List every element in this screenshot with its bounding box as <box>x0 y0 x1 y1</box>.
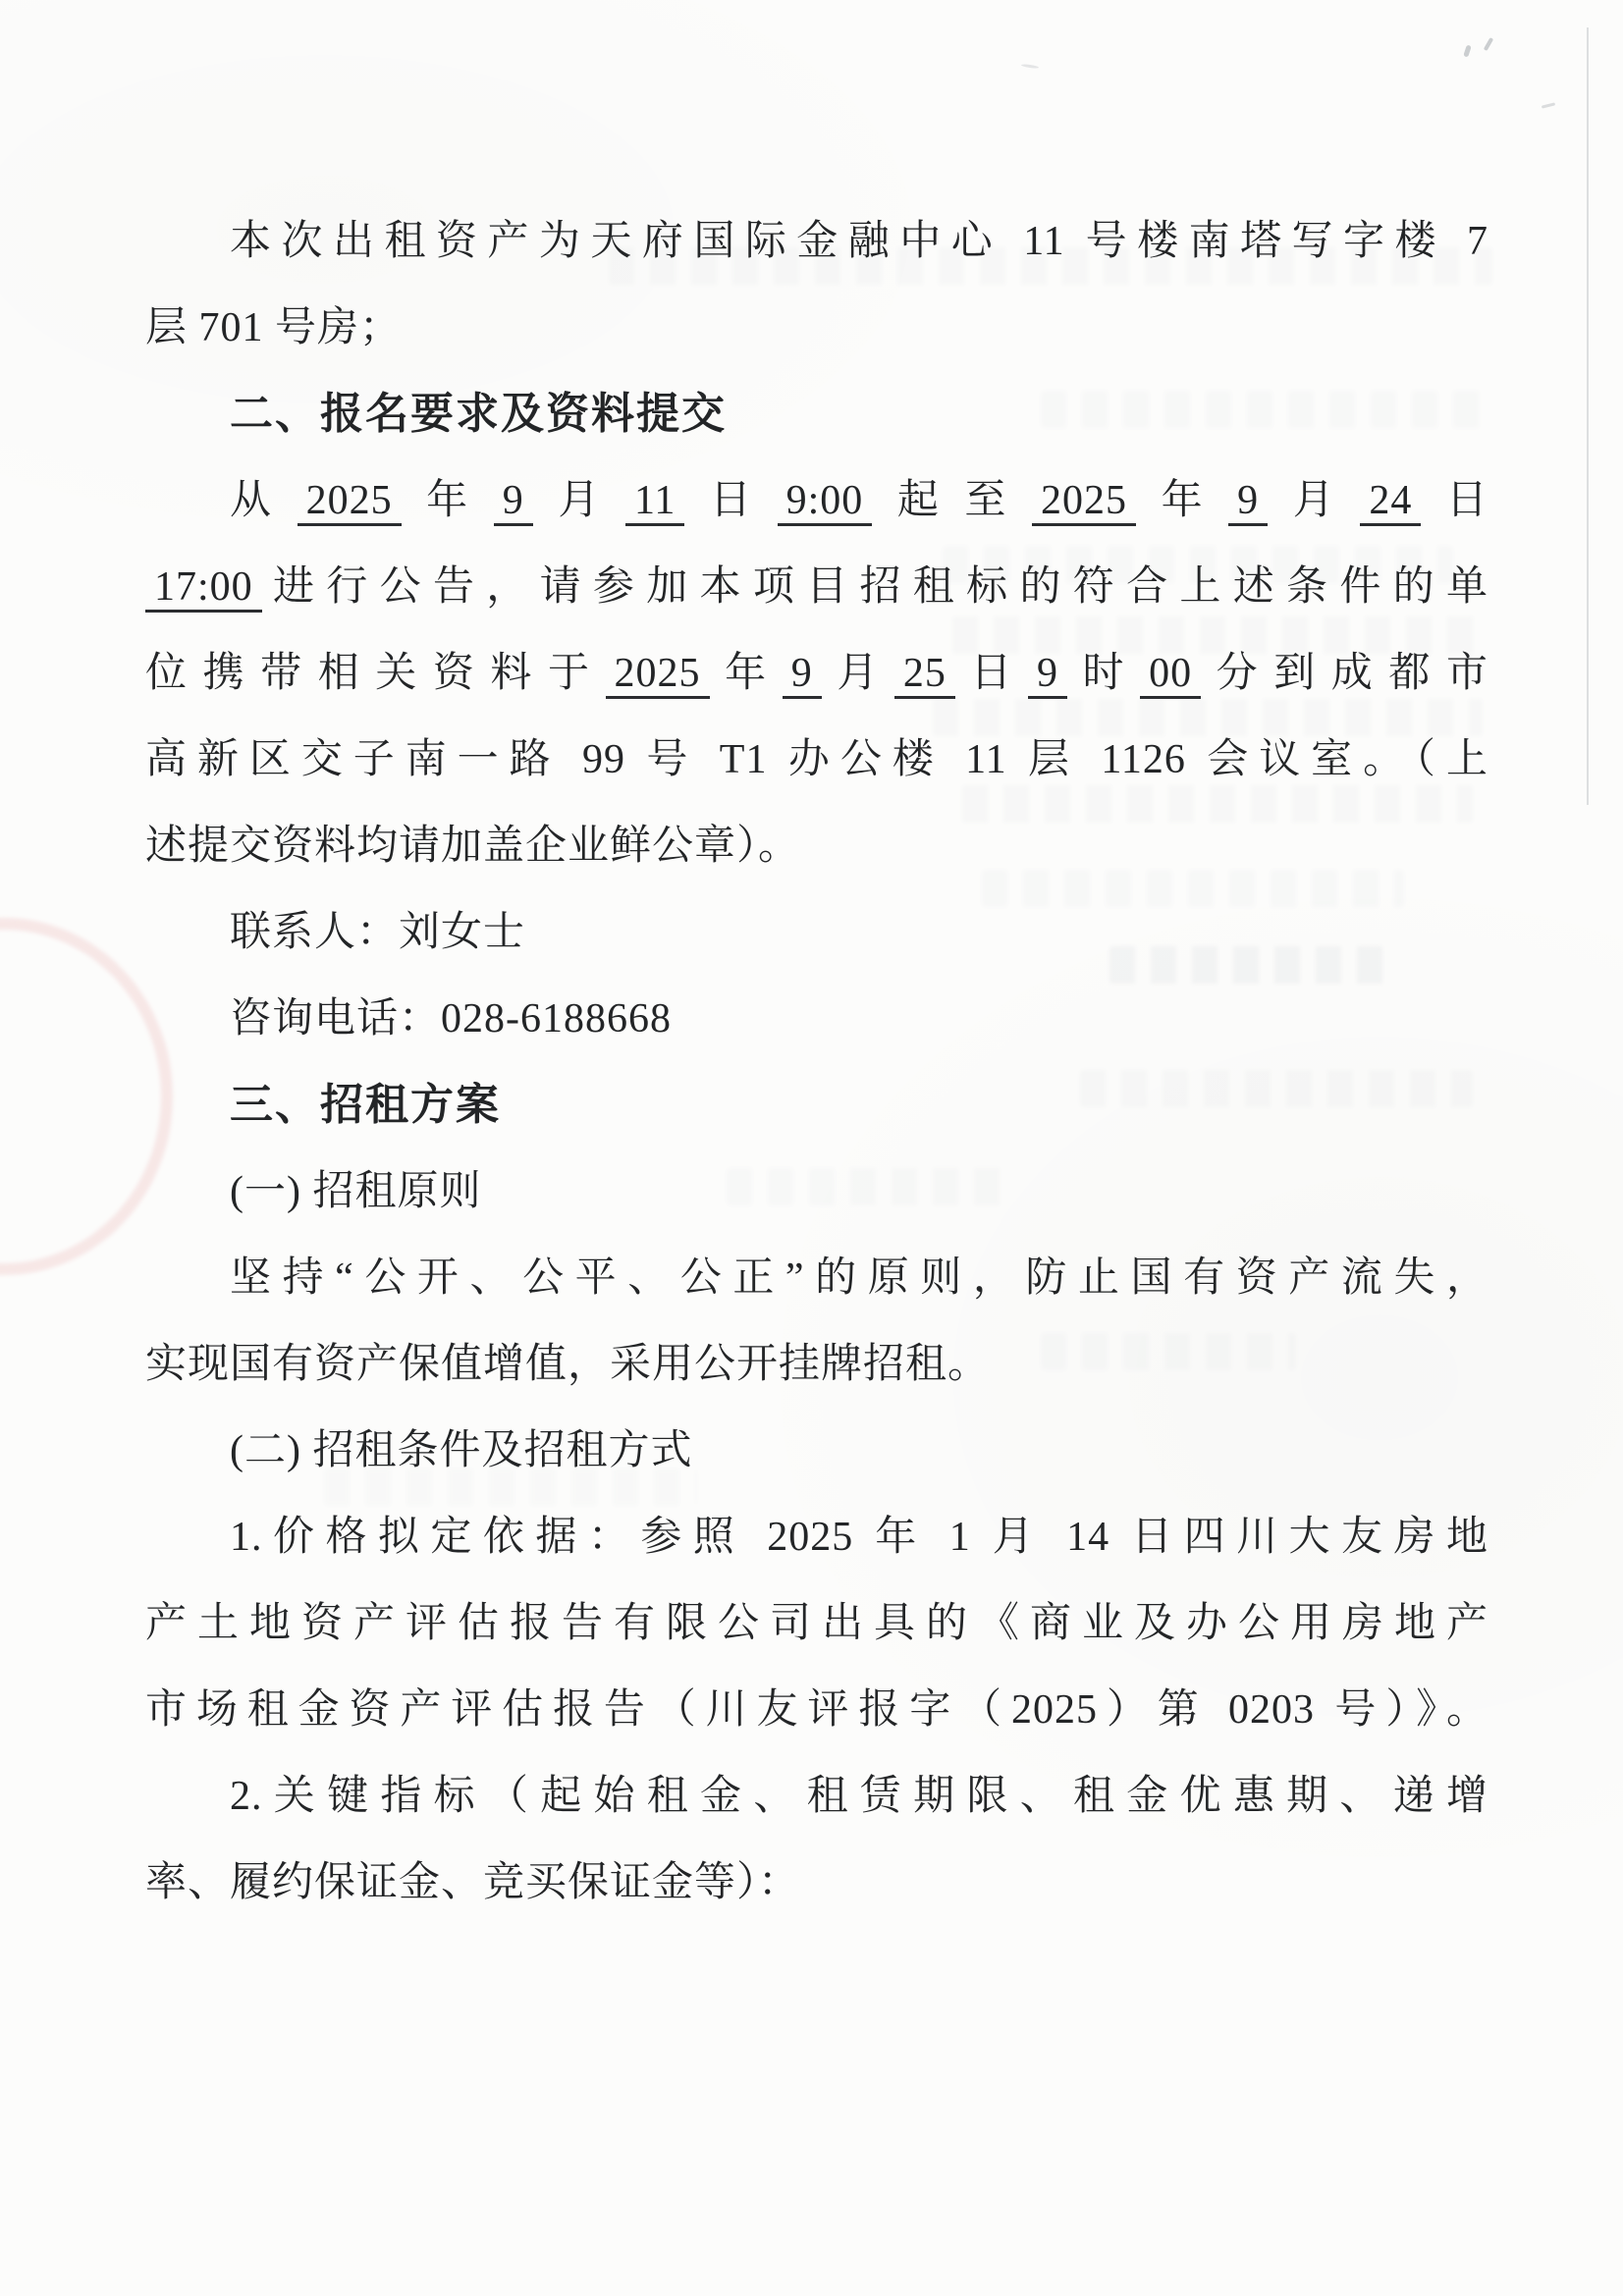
text-segment: 二、报名要求及资料提交 <box>230 390 727 438</box>
underlined-blank-value: 9:00 <box>778 478 873 526</box>
underlined-blank-value: 9 <box>494 478 533 526</box>
document-lines: 本次出租资产为天府国际金融中心 11 号楼南塔写字楼 7层 701 号房；二、报… <box>145 198 1488 1926</box>
text-segment: 实现国有资产保值增值，采用公开挂牌招租。 <box>145 1342 990 1387</box>
text-segment: 日 <box>684 478 777 523</box>
text-segment: 年 <box>402 478 494 523</box>
text-line: 咨询电话：028-6188668 <box>145 976 1488 1062</box>
underlined-blank-value: 2025 <box>1032 478 1136 526</box>
text-line: 坚持“公开、公平、公正”的原则，防止国有资产流失， <box>145 1235 1488 1321</box>
text-line: 实现国有资产保值增值，采用公开挂牌招租。 <box>145 1321 1488 1408</box>
text-line: (二) 招租条件及招租方式 <box>145 1408 1488 1494</box>
underlined-blank-value: 9 <box>783 651 822 699</box>
text-segment: 起至 <box>872 478 1032 523</box>
text-line: 产土地资产评估报告有限公司出具的《商业及办公用房地产 <box>145 1580 1488 1667</box>
text-segment: 日 <box>1421 478 1488 523</box>
underlined-blank-value: 17:00 <box>145 564 262 613</box>
underlined-blank-value: 24 <box>1360 478 1421 526</box>
underlined-blank-value: 9 <box>1228 478 1268 526</box>
text-segment: 坚持“公开、公平、公正”的原则，防止国有资产流失， <box>230 1255 1488 1301</box>
text-segment: 月 <box>822 651 894 696</box>
underlined-blank-value: 9 <box>1028 651 1067 699</box>
text-segment: 1.价格拟定依据：参照 2025 年 1 月 14 日四川大友房地 <box>230 1515 1488 1560</box>
underlined-blank-value: 2025 <box>298 478 402 526</box>
text-segment: 市场租金资产评估报告（川友评报字（2025）第 0203 号）》。 <box>145 1687 1488 1733</box>
document-page: 本次出租资产为天府国际金融中心 11 号楼南塔写字楼 7层 701 号房；二、报… <box>0 0 1623 2296</box>
scan-speck <box>1542 102 1555 108</box>
text-segment: 月 <box>1268 478 1360 523</box>
underlined-blank-value: 00 <box>1140 651 1201 699</box>
text-line: 述提交资料均请加盖企业鲜公章）。 <box>145 803 1488 889</box>
text-line: 17:00进行公告，请参加本项目招租标的符合上述条件的单 <box>145 544 1488 630</box>
text-line: 联系人：刘女士 <box>145 889 1488 976</box>
text-segment: 从 <box>230 478 298 523</box>
text-segment: 产土地资产评估报告有限公司出具的《商业及办公用房地产 <box>145 1601 1488 1646</box>
text-segment: 进行公告，请参加本项目招租标的符合上述条件的单 <box>262 564 1488 610</box>
text-line: 高新区交子南一路 99 号 T1 办公楼 11 层 1126 会议室。（上 <box>145 717 1488 803</box>
text-segment: 时 <box>1067 651 1140 696</box>
text-segment: 本次出租资产为天府国际金融中心 11 号楼南塔写字楼 7 <box>230 219 1488 264</box>
text-segment: 层 701 号房； <box>145 305 402 350</box>
text-line: 本次出租资产为天府国际金融中心 11 号楼南塔写字楼 7 <box>145 198 1488 285</box>
underlined-blank-value: 11 <box>625 478 684 526</box>
text-segment: 年 <box>1136 478 1228 523</box>
text-segment: (二) 招租条件及招租方式 <box>230 1428 692 1473</box>
text-segment: (一) 招租原则 <box>230 1169 481 1214</box>
text-segment: 率、履约保证金、竞买保证金等）： <box>145 1860 800 1905</box>
text-segment: 高新区交子南一路 99 号 T1 办公楼 11 层 1126 会议室。（上 <box>145 737 1488 782</box>
underlined-blank-value: 2025 <box>606 651 710 699</box>
scan-speck <box>1463 45 1471 58</box>
text-line: 市场租金资产评估报告（川友评报字（2025）第 0203 号）》。 <box>145 1667 1488 1753</box>
text-line: 率、履约保证金、竞买保证金等）： <box>145 1840 1488 1926</box>
text-segment: 年 <box>710 651 783 696</box>
text-line: (一) 招租原则 <box>145 1148 1488 1235</box>
text-line: 位携带相关资料于2025年9月25日9时00分到成都市 <box>145 630 1488 717</box>
scan-edge-line <box>1587 27 1589 805</box>
text-segment: 三、招租方案 <box>230 1081 501 1129</box>
text-line: 从2025年9月11日9:00起至2025年9月24日 <box>145 457 1488 544</box>
text-segment: 2.关键指标（起始租金、租赁期限、租金优惠期、递增 <box>230 1774 1488 1819</box>
text-segment: 月 <box>533 478 625 523</box>
scan-speck <box>1484 37 1493 51</box>
section-heading-line: 三、招租方案 <box>145 1062 1488 1148</box>
text-segment: 咨询电话：028-6188668 <box>230 996 672 1041</box>
text-segment: 日 <box>955 651 1028 696</box>
text-line: 1.价格拟定依据：参照 2025 年 1 月 14 日四川大友房地 <box>145 1494 1488 1580</box>
text-segment: 联系人：刘女士 <box>230 910 525 955</box>
section-heading-line: 二、报名要求及资料提交 <box>145 371 1488 457</box>
text-line: 层 701 号房； <box>145 285 1488 371</box>
scan-speck <box>1021 64 1039 69</box>
text-segment: 述提交资料均请加盖企业鲜公章）。 <box>145 824 800 869</box>
text-line: 2.关键指标（起始租金、租赁期限、租金优惠期、递增 <box>145 1753 1488 1840</box>
text-segment: 分到成都市 <box>1201 651 1488 696</box>
text-segment: 位携带相关资料于 <box>145 651 606 696</box>
underlined-blank-value: 25 <box>894 651 955 699</box>
